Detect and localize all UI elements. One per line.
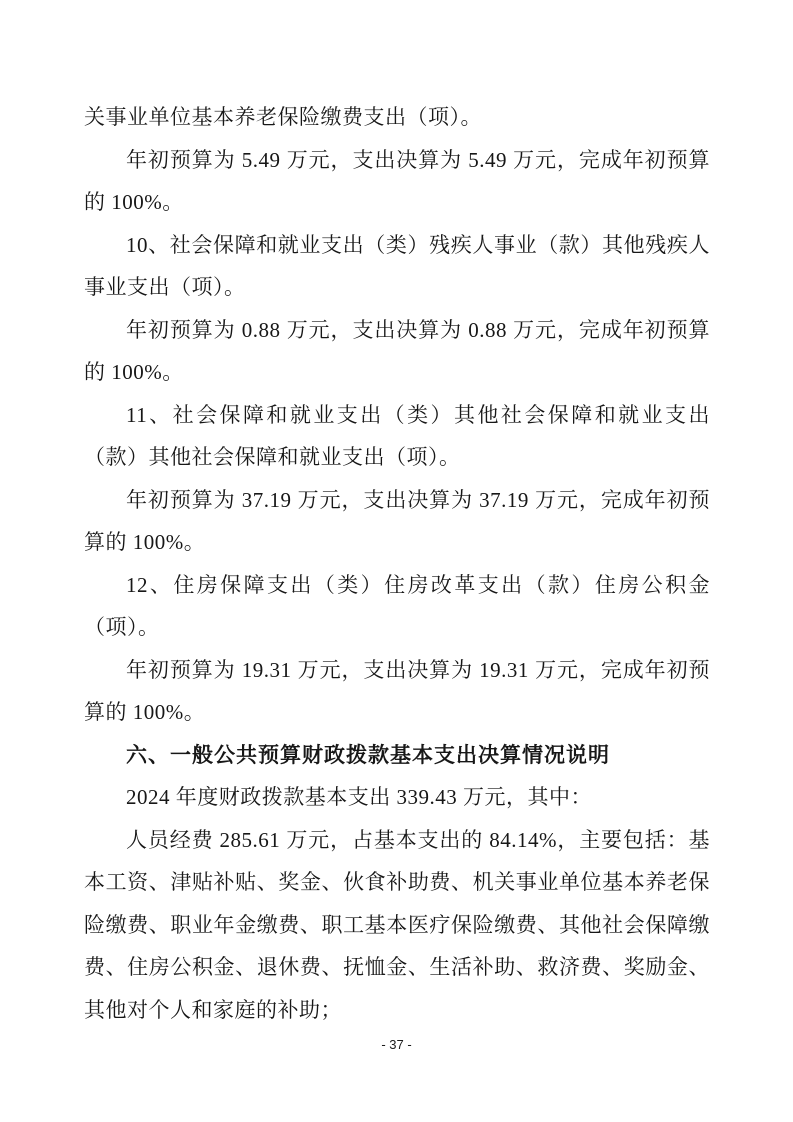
- body-paragraph-basic-expenditure-total: 2024 年度财政拨款基本支出 339.43 万元，其中：: [84, 776, 710, 819]
- body-paragraph-budget-11: 年初预算为 37.19 万元，支出决算为 37.19 万元，完成年初预算的 10…: [84, 479, 710, 564]
- body-paragraph-item-12: 12、住房保障支出（类）住房改革支出（款）住房公积金（项）。: [84, 564, 710, 649]
- body-paragraph-budget-12: 年初预算为 19.31 万元，支出决算为 19.31 万元，完成年初预算的 10…: [84, 649, 710, 734]
- body-paragraph-budget-9: 年初预算为 5.49 万元，支出决算为 5.49 万元，完成年初预算的 100%…: [84, 139, 710, 224]
- document-body: 关事业单位基本养老保险缴费支出（项）。 年初预算为 5.49 万元，支出决算为 …: [84, 96, 710, 1031]
- page-number: - 37 -: [0, 1036, 793, 1054]
- body-paragraph-personnel-expense: 人员经费 285.61 万元，占基本支出的 84.14%，主要包括：基本工资、津…: [84, 819, 710, 1032]
- body-paragraph-item-10: 10、社会保障和就业支出（类）残疾人事业（款）其他残疾人事业支出（项）。: [84, 224, 710, 309]
- section-heading-six: 六、一般公共预算财政拨款基本支出决算情况说明: [84, 734, 710, 777]
- body-paragraph-continuation: 关事业单位基本养老保险缴费支出（项）。: [84, 96, 710, 139]
- body-paragraph-item-11: 11、社会保障和就业支出（类）其他社会保障和就业支出（款）其他社会保障和就业支出…: [84, 394, 710, 479]
- document-page: 关事业单位基本养老保险缴费支出（项）。 年初预算为 5.49 万元，支出决算为 …: [0, 0, 793, 1122]
- body-paragraph-budget-10: 年初预算为 0.88 万元，支出决算为 0.88 万元，完成年初预算的 100%…: [84, 309, 710, 394]
